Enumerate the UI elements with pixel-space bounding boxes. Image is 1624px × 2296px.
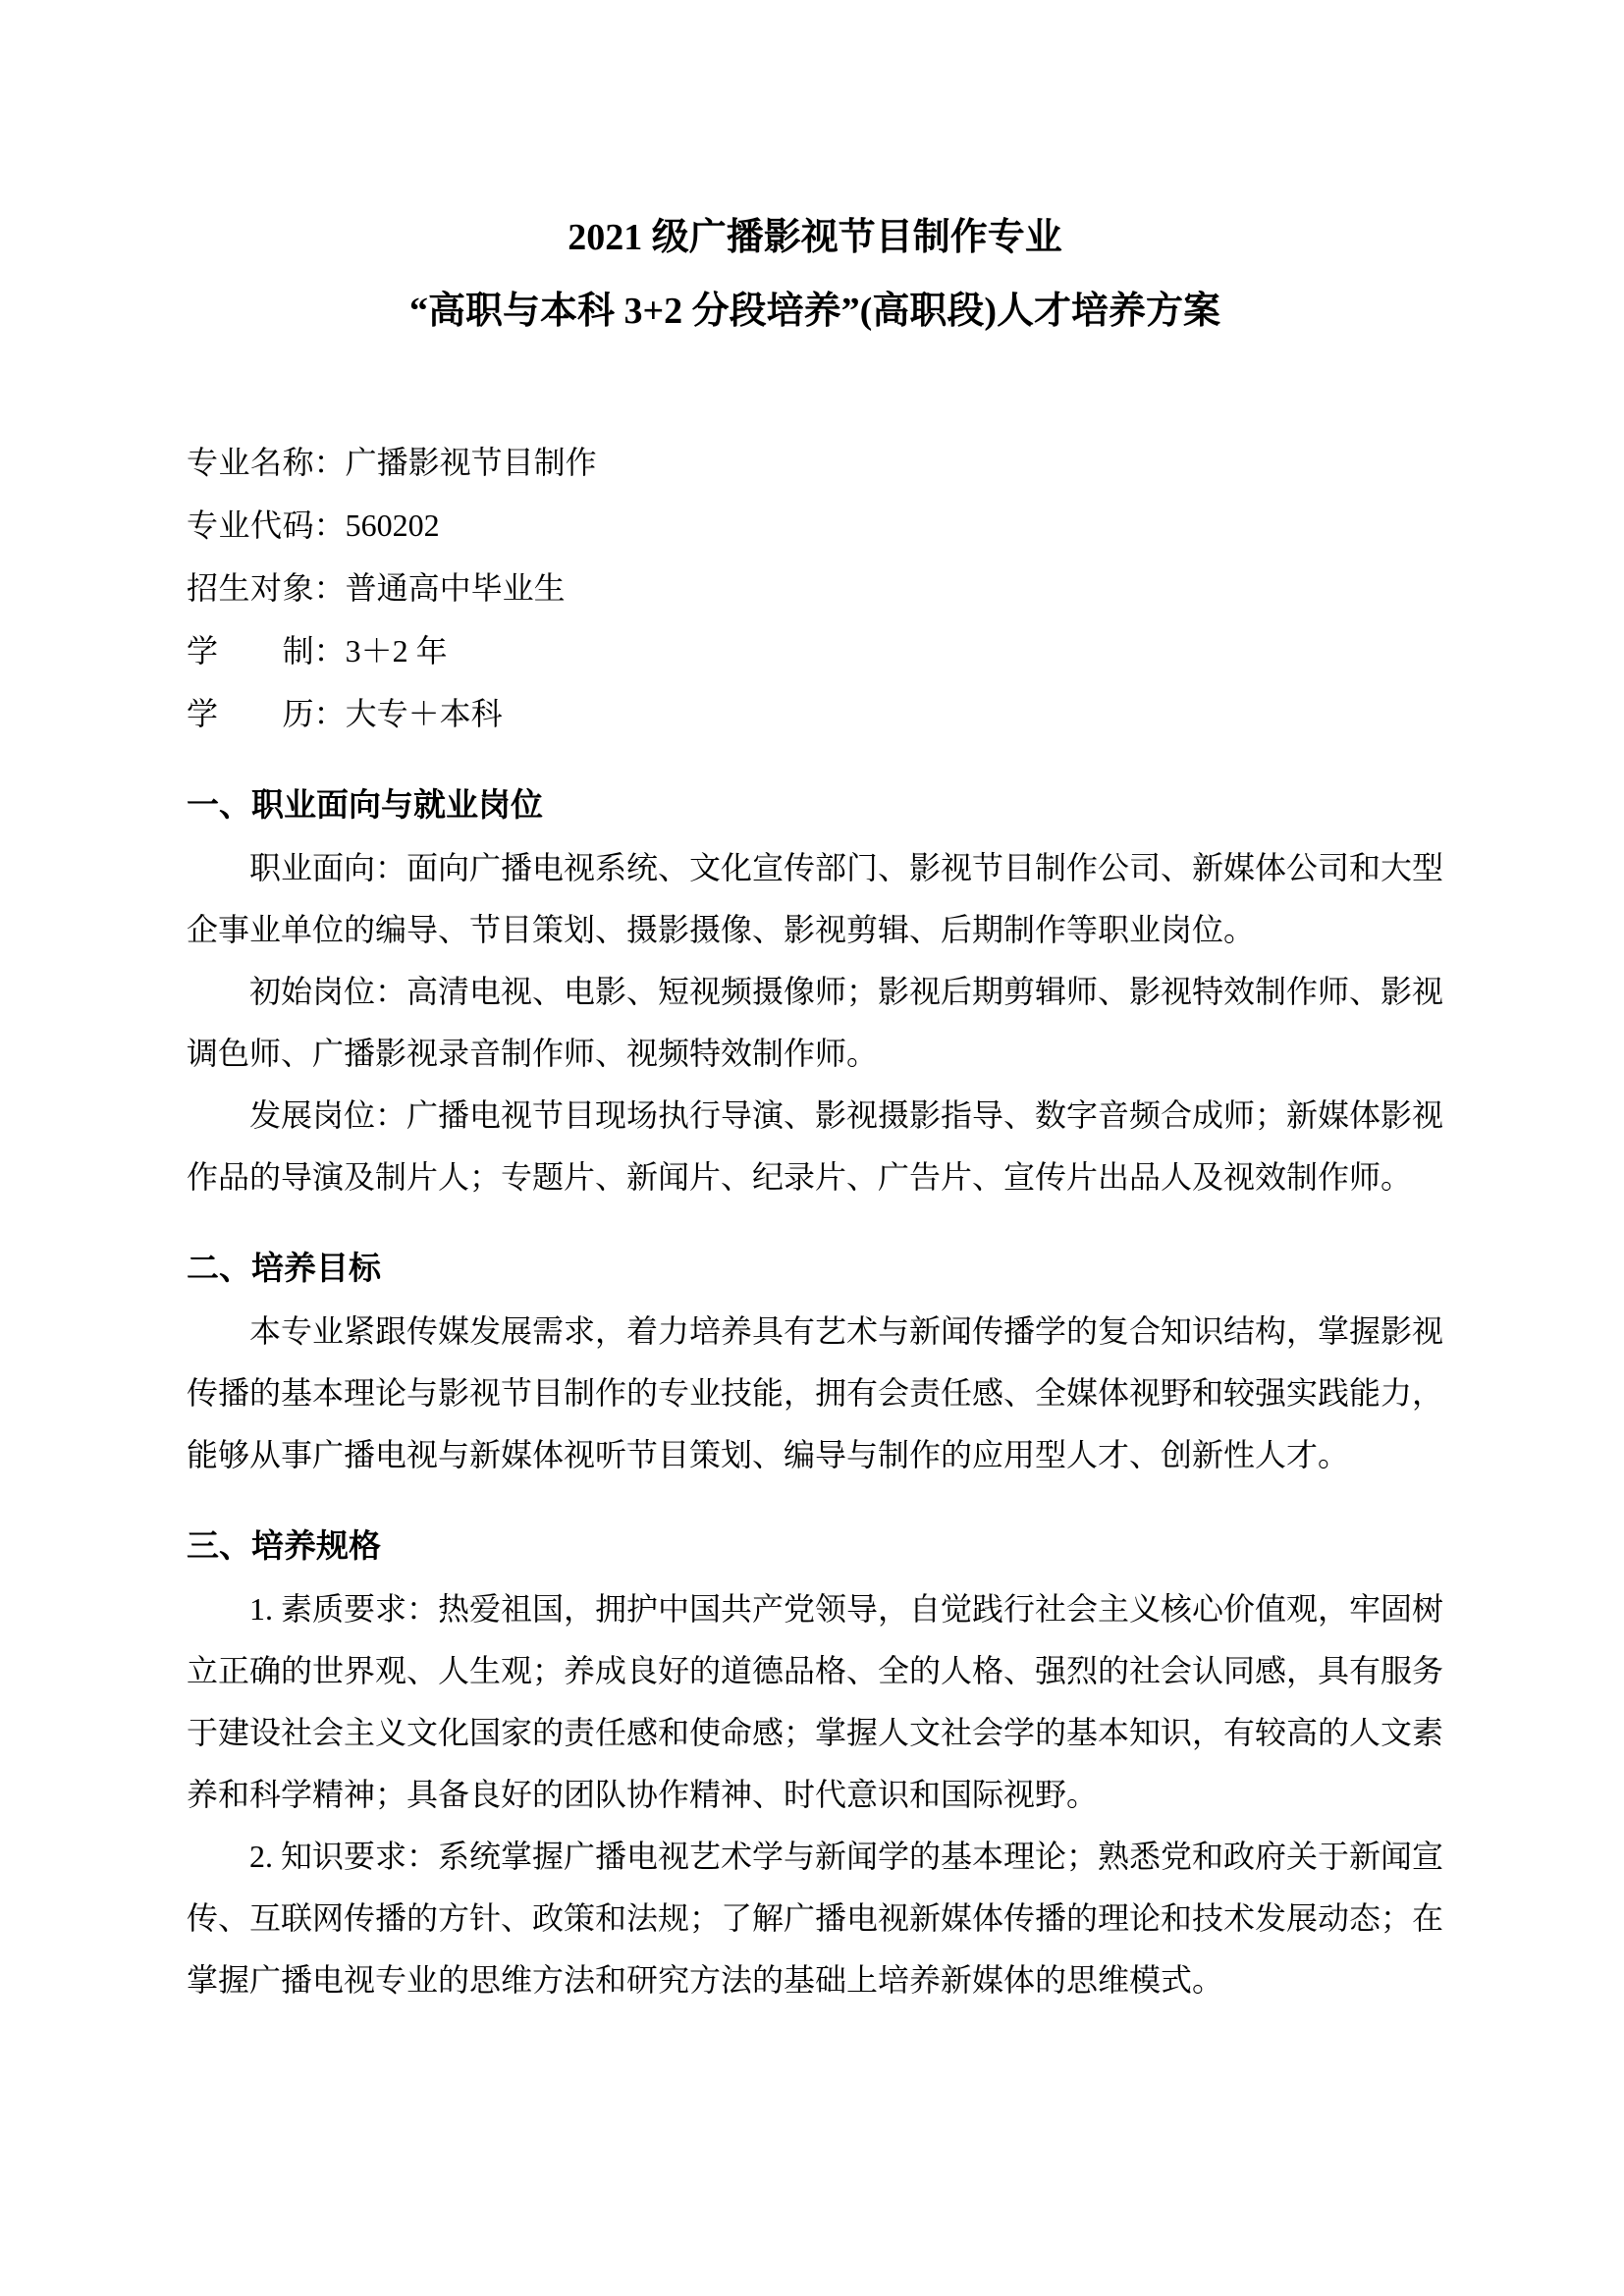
document-title-line1: 2021 级广播影视节目制作专业	[187, 201, 1443, 275]
paragraph: 初始岗位：高清电视、电影、短视频摄像师；影视后期剪辑师、影视特效制作师、影视调色…	[187, 961, 1443, 1085]
meta-row-education-level: 学 历：大专＋本科	[187, 682, 1443, 745]
document-title-line2: “高职与本科 3+2 分段培养”(高职段)人才培养方案	[187, 275, 1443, 348]
meta-label: 专业代码	[187, 494, 314, 557]
meta-row-schooling-length: 学 制：3＋2 年	[187, 619, 1443, 682]
meta-row-major-code: 专业代码：560202	[187, 494, 1443, 557]
meta-label: 学 制	[187, 619, 314, 682]
section-heading: 二、培养目标	[187, 1239, 1443, 1301]
paragraph: 发展岗位：广播电视节目现场执行导演、影视摄影指导、数字音频合成师；新媒体影视作品…	[187, 1085, 1443, 1208]
meta-value: 普通高中毕业生	[346, 570, 566, 606]
meta-row-enrollment-target: 招生对象：普通高中毕业生	[187, 557, 1443, 619]
meta-colon: ：	[314, 431, 346, 494]
meta-value: 3＋2 年	[346, 633, 448, 668]
document-page: 2021 级广播影视节目制作专业 “高职与本科 3+2 分段培养”(高职段)人才…	[0, 0, 1624, 2296]
meta-label: 专业名称	[187, 431, 314, 494]
meta-colon: ：	[314, 682, 346, 745]
meta-value: 广播影视节目制作	[346, 445, 597, 480]
meta-colon: ：	[314, 494, 346, 557]
section-career-orientation: 一、职业面向与就业岗位 职业面向：面向广播电视系统、文化宣传部门、影视节目制作公…	[187, 775, 1443, 1208]
meta-colon: ：	[314, 619, 346, 682]
document-content: 2021 级广播影视节目制作专业 “高职与本科 3+2 分段培养”(高职段)人才…	[0, 0, 1624, 2011]
section-heading: 一、职业面向与就业岗位	[187, 775, 1443, 837]
meta-label: 学 历	[187, 682, 314, 745]
paragraph: 本专业紧跟传媒发展需求，着力培养具有艺术与新闻传播学的复合知识结构，掌握影视传播…	[187, 1301, 1443, 1486]
meta-value: 560202	[346, 507, 440, 543]
meta-colon: ：	[314, 557, 346, 619]
metadata-block: 专业名称：广播影视节目制作 专业代码：560202 招生对象：普通高中毕业生 学…	[187, 431, 1443, 745]
section-training-specifications: 三、培养规格 1. 素质要求：热爱祖国，拥护中国共产党领导，自觉践行社会主义核心…	[187, 1517, 1443, 2011]
meta-row-major-name: 专业名称：广播影视节目制作	[187, 431, 1443, 494]
paragraph: 职业面向：面向广播电视系统、文化宣传部门、影视节目制作公司、新媒体公司和大型企事…	[187, 837, 1443, 961]
paragraph: 1. 素质要求：热爱祖国，拥护中国共产党领导，自觉践行社会主义核心价值观，牢固树…	[187, 1578, 1443, 1826]
paragraph: 2. 知识要求：系统掌握广播电视艺术学与新闻学的基本理论；熟悉党和政府关于新闻宣…	[187, 1826, 1443, 2011]
section-heading: 三、培养规格	[187, 1517, 1443, 1578]
meta-value: 大专＋本科	[346, 696, 503, 731]
meta-label: 招生对象	[187, 557, 314, 619]
section-training-objectives: 二、培养目标 本专业紧跟传媒发展需求，着力培养具有艺术与新闻传播学的复合知识结构…	[187, 1239, 1443, 1486]
